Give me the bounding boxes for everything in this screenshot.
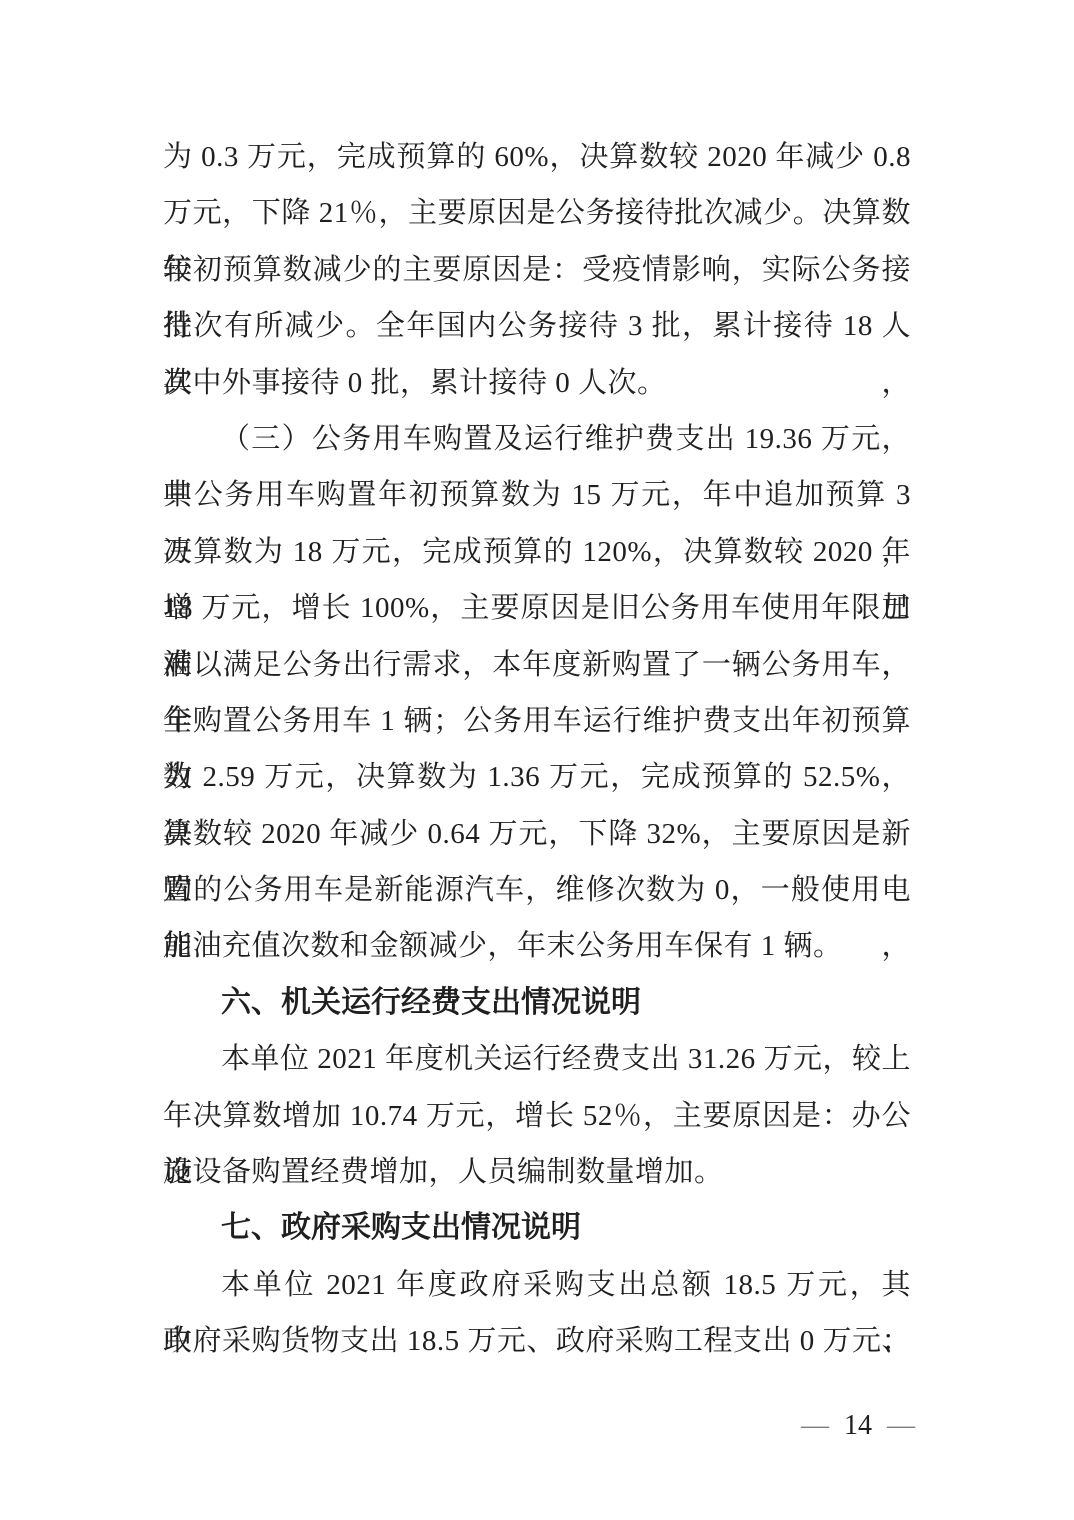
text-line: 年决算数增加 10.74 万元，增长 52％，主要原因是：办公设 (163, 1088, 911, 1144)
text-line: （三）公务用车购置及运行维护费支出 19.36 万元，其 (163, 411, 911, 467)
text-line: 政府采购货物支出 18.5 万元、政府采购工程支出 0 万元、 (163, 1313, 911, 1369)
text-line: 万元，下降 21％，主要原因是公务接待批次减少。决算数较 (163, 185, 911, 241)
document-page: 为 0.3 万元，完成预算的 60%，决算数较 2020 年减少 0.8万元，下… (0, 0, 1074, 1520)
text-line: 年购置公务用车 1 辆；公务用车运行维护费支出年初预算数 (163, 693, 911, 749)
text-line: 为 2.59 万元，决算数为 1.36 万元，完成预算的 52.5%，决 (163, 749, 911, 805)
heading-section-6-operating-funds: 六、机关运行经费支出情况说明 (163, 975, 911, 1031)
footer-dash-right-icon: — (887, 1404, 915, 1448)
text-line: 批次有所减少。全年国内公务接待 3 批，累计接待 18 人次， (163, 298, 911, 354)
text-line: 中公务用车购置年初预算数为 15 万元，年中追加预算 3 万， (163, 467, 911, 523)
text-line: 为 0.3 万元，完成预算的 60%，决算数较 2020 年减少 0.8 (163, 129, 911, 185)
text-line: 18 万元，增长 100%，主要原因是旧公务用车使用年限已满， (163, 580, 911, 636)
document-body: 为 0.3 万元，完成预算的 60%，决算数较 2020 年减少 0.8万元，下… (163, 129, 911, 1370)
text-line: 算数较 2020 年减少 0.64 万元，下降 32%，主要原因是新购 (163, 806, 911, 862)
text-line: 本单位 2021 年度政府采购支出总额 18.5 万元，其中： (163, 1257, 911, 1313)
text-line: 决算数为 18 万元，完成预算的 120%，决算数较 2020 年增加 (163, 524, 911, 580)
text-line: 难以满足公务出行需求，本年度新购置了一辆公务用车，全 (163, 637, 911, 693)
page-number: 14 (844, 1404, 872, 1448)
text-line: 置的公务用车是新能源汽车，维修次数为 0，一般使用电能， (163, 862, 911, 918)
text-line: 加油充值次数和金额减少，年末公务用车保有 1 辆。 (163, 918, 911, 974)
text-line: 施设备购置经费增加，人员编制数量增加。 (163, 1144, 911, 1200)
text-line: 年初预算数减少的主要原因是：受疫情影响，实际公务接待 (163, 242, 911, 298)
footer-dash-left-icon: — (801, 1404, 829, 1448)
text-line: 本单位 2021 年度机关运行经费支出 31.26 万元，较上 (163, 1031, 911, 1087)
heading-section-7-government-procurement: 七、政府采购支出情况说明 (163, 1200, 911, 1256)
page-footer: — 14 — (801, 1404, 915, 1448)
